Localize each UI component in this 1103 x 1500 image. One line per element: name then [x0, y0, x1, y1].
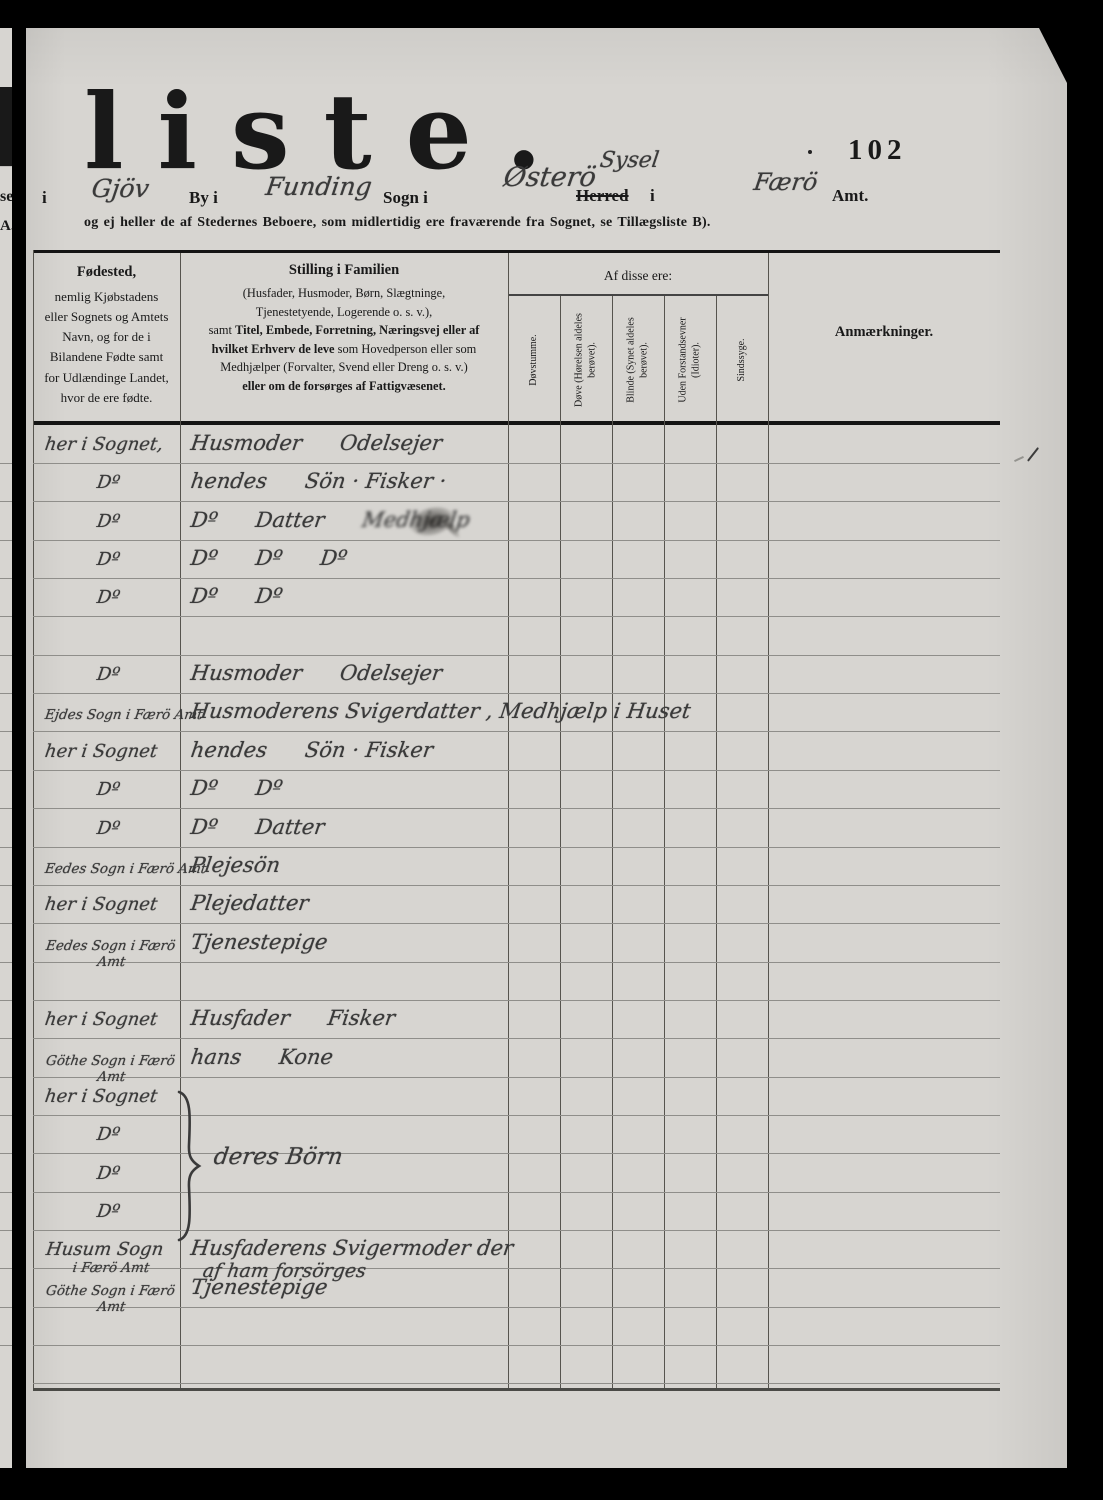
strip-ruled-line	[0, 962, 12, 963]
col1-header-line: eller Sognets og Amtets	[33, 307, 180, 327]
table-row: DºDºDatterMedhjælp	[33, 507, 1000, 543]
rotated-column-header: Døve (Hørelsen aldeles berøvet).	[560, 298, 612, 421]
location-by-label: By i	[189, 188, 218, 208]
row-position-segment: Odelsejer	[338, 661, 443, 685]
column-header-af-disse-ere: Af disse ere:	[508, 268, 768, 284]
row-position: hendesSön · Fisker	[189, 738, 812, 762]
brace-label: deres Börn	[212, 1144, 344, 1170]
row-birthplace: Dº	[36, 779, 182, 800]
row-position-segment: Kone	[278, 1045, 335, 1069]
row-birthplace: Göthe Sogn i FæröAmt	[35, 1283, 182, 1315]
col2-header-line: samt Titel, Embede, Forretning, Næringsv…	[180, 321, 508, 340]
row-position-segment: Dº	[319, 546, 349, 570]
strip-ruled-line	[0, 1000, 12, 1001]
table-row: DºDºDº	[33, 583, 1000, 619]
rotated-column-label: Uden Forstandsevner (Idioter).	[678, 301, 703, 419]
table-row: her i SognetHusfaderFisker	[33, 1005, 1000, 1041]
strip-ruled-line	[0, 693, 12, 694]
rotated-column-label: Blinde (Synet aldeles berøvet).	[626, 301, 651, 419]
row-birthplace: Dº	[36, 1201, 182, 1222]
pen-dash-mark	[1014, 456, 1024, 462]
row-position: DºDatterMedhjælp	[189, 508, 812, 532]
strip-ruled-line	[0, 1038, 12, 1039]
col1-title: Fødested,	[33, 264, 180, 281]
row-position-segment: Tjenestepige	[189, 930, 329, 954]
col1-header-line: Navn, og for de i	[33, 327, 180, 347]
table-row: Göthe Sogn i FæröAmtTjenestepige	[33, 1274, 1000, 1310]
strip-ruled-line	[0, 655, 12, 656]
strip-ruled-line	[0, 1230, 12, 1231]
instruction-note: og ej heller de af Stedernes Beboere, so…	[84, 215, 711, 231]
row-position-segment: Fisker	[326, 1006, 397, 1030]
row-position: hendesSön · Fisker ·	[189, 469, 812, 493]
table-row: Eedes Sogn i FæröAmtTjenestepige	[33, 929, 1000, 965]
rotated-column-header: Sindssyge.	[716, 298, 768, 421]
strip-ruled-line	[0, 1345, 12, 1346]
table-row: her i SognethendesSön · Fisker	[33, 737, 1000, 773]
ruled-line	[33, 1345, 1000, 1346]
row-birthplace: Dº	[36, 511, 182, 532]
strip-ruled-line	[0, 1192, 12, 1193]
col2-header-line: eller om de forsørges af Fattigvæsenet.	[180, 377, 508, 396]
grouping-brace	[176, 1090, 202, 1247]
table-row: DºDºDº	[33, 775, 1000, 811]
row-birthplace: Göthe Sogn i FæröAmt	[35, 1053, 182, 1085]
row-position-segment: Husmoder	[189, 431, 303, 455]
rotated-column-label: Døvstumme.	[528, 301, 541, 419]
census-form-page: liste. 102 i Gjöv By i Funding Sogn i Øs…	[26, 28, 1067, 1468]
location-sogn-label: Sogn i	[383, 188, 428, 208]
col1-header-line: for Udlændinge Landet,	[33, 368, 180, 388]
row-position-segment: Sön · Fisker	[303, 738, 434, 762]
row-position-segment: Husfaderens Svigermoder der	[189, 1236, 515, 1260]
row-birthplace: Dº	[36, 1124, 182, 1145]
col2-title: Stilling i Familien	[180, 262, 508, 279]
table-bottom-heavy-line	[33, 1388, 1000, 1391]
title-fragment: d	[0, 78, 12, 182]
location-amt-value: Færö	[752, 168, 819, 196]
row-position-segment: Sön · Fisker ·	[303, 469, 448, 493]
location-prefix-fragment: se	[0, 188, 12, 206]
table-row: DºhendesSön · Fisker ·	[33, 468, 1000, 504]
strip-ruled-line	[0, 923, 12, 924]
ink-dot	[808, 150, 812, 154]
col2-header-segment: hvilket Erhverv de leve	[212, 342, 335, 356]
row-position: DºDº	[189, 776, 812, 800]
strip-ruled-line	[0, 885, 12, 886]
col2-body: (Husfader, Husmoder, Børn, Slægtninge,Tj…	[180, 284, 508, 396]
location-sogn-value: Funding	[264, 172, 374, 201]
page-title: liste.	[84, 80, 576, 184]
location-herred-label-struck: Herred	[576, 186, 629, 206]
col2-header-segment: som Hovedperson eller som	[335, 342, 477, 356]
row-position-segment: Dº	[254, 546, 284, 570]
row-position-segment: Dº	[254, 776, 284, 800]
row-position-segment: Dº	[189, 584, 219, 608]
rotated-column-header: Døvstumme.	[508, 298, 560, 421]
strip-ruled-line	[0, 808, 12, 809]
col2-header-segment: Medhjælper (Forvalter, Svend eller Dreng…	[220, 360, 468, 374]
row-position: Plejedatter	[189, 891, 812, 915]
strip-ruled-line	[0, 1077, 12, 1078]
row-position: DºDº	[189, 584, 812, 608]
row-birthplace: Ejdes Sogn i Færö Amt	[36, 707, 181, 723]
pen-check-mark	[1027, 447, 1039, 462]
row-position-segment: Tjenestepige	[189, 1275, 329, 1299]
row-position: HusmoderOdelsejer	[189, 661, 812, 685]
col2-header-line: (Husfader, Husmoder, Børn, Slægtninge,	[180, 284, 508, 303]
row-position-segment: Dº	[189, 776, 219, 800]
row-birthplace: Dº	[36, 818, 182, 839]
table-header-bottom-border	[33, 421, 1000, 425]
row-position-segment: Husmoder	[189, 661, 303, 685]
ruled-line	[33, 1000, 1000, 1001]
row-position: HusmoderOdelsejer	[189, 431, 812, 455]
table-row: DºDºDatter	[33, 814, 1000, 850]
strip-ruled-line	[0, 463, 12, 464]
location-sysel-annotation: Sysel	[598, 148, 660, 173]
span-header-underline	[508, 294, 768, 296]
table-row: Eedes Sogn i Færö AmtPlejesön	[33, 852, 1000, 888]
row-position: Tjenestepige	[189, 1275, 812, 1299]
row-birthplace: Dº	[36, 472, 182, 493]
row-birthplace: Dº	[36, 549, 182, 570]
row-position-segment: hans	[189, 1045, 243, 1069]
row-position: Husfaderens Svigermoder der	[189, 1236, 812, 1260]
rotated-column-label: Sindssyge.	[736, 301, 749, 419]
row-position-segment: Odelsejer	[338, 431, 443, 455]
strip-ruled-line	[0, 731, 12, 732]
col2-header-segment: (Husfader, Husmoder, Børn, Slægtninge,	[243, 286, 445, 300]
row-position-segment: hendes	[189, 738, 268, 762]
row-position: DºDºDº	[189, 546, 812, 570]
row-position-segment: Datter	[254, 508, 326, 532]
col2-header-segment: Tjenestetyende, Logerende o. s. v.),	[256, 305, 432, 319]
row-position-segment: Plejedatter	[189, 891, 310, 915]
col2-header-segment: samt	[209, 323, 236, 337]
table-row: DºDºDºDº	[33, 545, 1000, 581]
location-i2: i	[650, 186, 655, 206]
location-by-value: Gjöv	[90, 174, 151, 203]
column-header-birthplace: Fødested, nemlig Kjøbstadenseller Sognet…	[33, 264, 180, 408]
row-position: Husmoderens Svigerdatter , Medhjælp i Hu…	[189, 699, 812, 723]
row-position-segment: Husfader	[189, 1006, 291, 1030]
strip-ruled-line	[0, 578, 12, 579]
strip-ruled-line	[0, 1115, 12, 1116]
row-position-segment: Dº	[189, 815, 219, 839]
strip-ruled-line	[0, 501, 12, 502]
table-row: Ejdes Sogn i Færö AmtHusmoderens Svigerd…	[33, 698, 1000, 734]
row-position: Tjenestepige	[189, 930, 812, 954]
rotated-column-header: Blinde (Synet aldeles berøvet).	[612, 298, 664, 421]
margin-letter: A.	[0, 218, 12, 235]
strip-ruled-line	[0, 1153, 12, 1154]
row-birthplace: Dº	[36, 1163, 182, 1184]
page-fold-strip: d se A.	[0, 28, 12, 1468]
row-birthplace-line2: Amt	[43, 954, 180, 970]
col2-header-line: Medhjælper (Forvalter, Svend eller Dreng…	[180, 358, 508, 377]
row-birthplace: Eedes Sogn i FæröAmt	[35, 938, 182, 970]
row-birthplace: Dº	[36, 664, 182, 685]
table-row: Göthe Sogn i FæröAmthansKone	[33, 1044, 1000, 1080]
row-birthplace-line2: Amt	[43, 1299, 180, 1315]
col2-header-segment: eller om de forsørges af Fattigvæsenet.	[242, 379, 445, 393]
row-position-segment: Dº	[189, 508, 219, 532]
column-header-position: Stilling i Familien (Husfader, Husmoder,…	[180, 262, 508, 396]
table-bottom-line	[33, 1383, 1000, 1384]
table-row: DºHusmoderOdelsejer	[33, 660, 1000, 696]
col1-header-line: Bilandene Fødte samt	[33, 347, 180, 367]
column-header-remarks: Anmærkninger.	[768, 324, 1000, 341]
row-birthplace: her i Sognet	[36, 1086, 182, 1107]
row-birthplace: Dº	[36, 587, 182, 608]
row-position-segment: Plejesön	[189, 853, 282, 877]
ruled-line	[33, 655, 1000, 656]
row-position: HusfaderFisker	[189, 1006, 812, 1030]
row-birthplace: her i Sognet,	[36, 434, 182, 455]
row-position: hansKone	[189, 1045, 812, 1069]
table-top-border	[33, 250, 1000, 253]
col1-header-line: nemlig Kjøbstadens	[33, 287, 180, 307]
row-position: Plejesön	[189, 853, 812, 877]
census-page-scan: d se A. liste. 102 i Gjöv By i Funding S…	[0, 0, 1103, 1500]
location-amt-label: Amt.	[832, 186, 868, 206]
row-position-segment: Husmoderens Svigerdatter , Medhjælp i Hu…	[189, 699, 692, 723]
row-birthplace: Eedes Sogn i Færö Amt	[36, 861, 181, 877]
rotated-column-label: Døve (Hørelsen aldeles berøvet).	[574, 301, 599, 419]
col2-header-line: Tjenestetyende, Logerende o. s. v.),	[180, 303, 508, 322]
strip-ruled-line	[0, 847, 12, 848]
row-position-segment: Dº	[189, 546, 219, 570]
row-position: DºDatter	[189, 815, 812, 839]
table-row: her i Sognet,HusmoderOdelsejer	[33, 430, 1000, 466]
col2-header-line: hvilket Erhverv de leve som Hovedperson …	[180, 340, 508, 359]
strip-ruled-line	[0, 1268, 12, 1269]
location-i1: i	[42, 188, 47, 208]
strip-ruled-line	[0, 540, 12, 541]
row-birthplace: her i Sognet	[36, 741, 182, 762]
strip-ruled-line	[0, 770, 12, 771]
row-birthplace: her i Sognet	[36, 1009, 182, 1030]
page-number: 102	[848, 134, 907, 167]
col1-header-line: hvor de ere fødte.	[33, 388, 180, 408]
col2-header-segment: Titel, Embede, Forretning, Næringsvej el…	[235, 323, 479, 337]
strip-ruled-line	[0, 1307, 12, 1308]
row-position-segment: Dº	[254, 584, 284, 608]
row-position-segment: Datter	[254, 815, 326, 839]
row-birthplace: Husum Sogni Færö Amt	[34, 1239, 182, 1276]
rotated-column-header: Uden Forstandsevner (Idioter).	[664, 298, 716, 421]
table-row: her i SognetPlejedatter	[33, 890, 1000, 926]
col1-body: nemlig Kjøbstadenseller Sognets og Amtet…	[33, 287, 180, 408]
row-position-segment: hendes	[189, 469, 268, 493]
row-birthplace: her i Sognet	[36, 894, 182, 915]
strip-ruled-line	[0, 616, 12, 617]
